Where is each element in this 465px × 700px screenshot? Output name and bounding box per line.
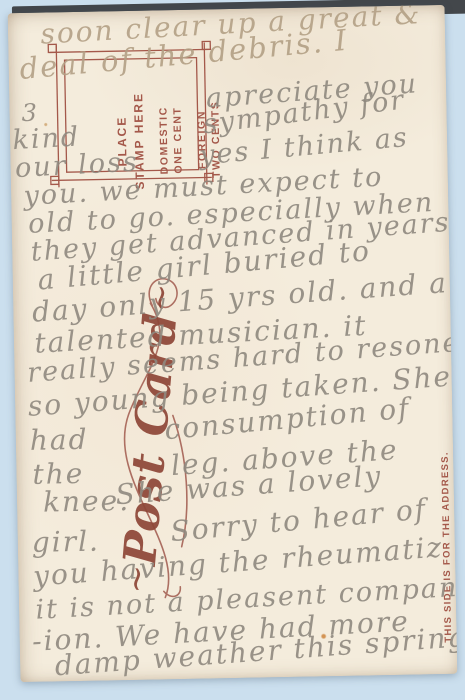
handwriting-line: girl. bbox=[32, 528, 101, 557]
postcard-back: PLACE STAMP HERE DOMESTIC ONE CENT FOREI… bbox=[8, 5, 458, 682]
handwriting-line: had bbox=[30, 426, 89, 455]
photo-background: PLACE STAMP HERE DOMESTIC ONE CENT FOREI… bbox=[0, 0, 465, 700]
handwriting-layer: 3soon clear up a great &deal of the debr… bbox=[8, 5, 458, 682]
handwriting-line: 3 bbox=[21, 101, 39, 125]
